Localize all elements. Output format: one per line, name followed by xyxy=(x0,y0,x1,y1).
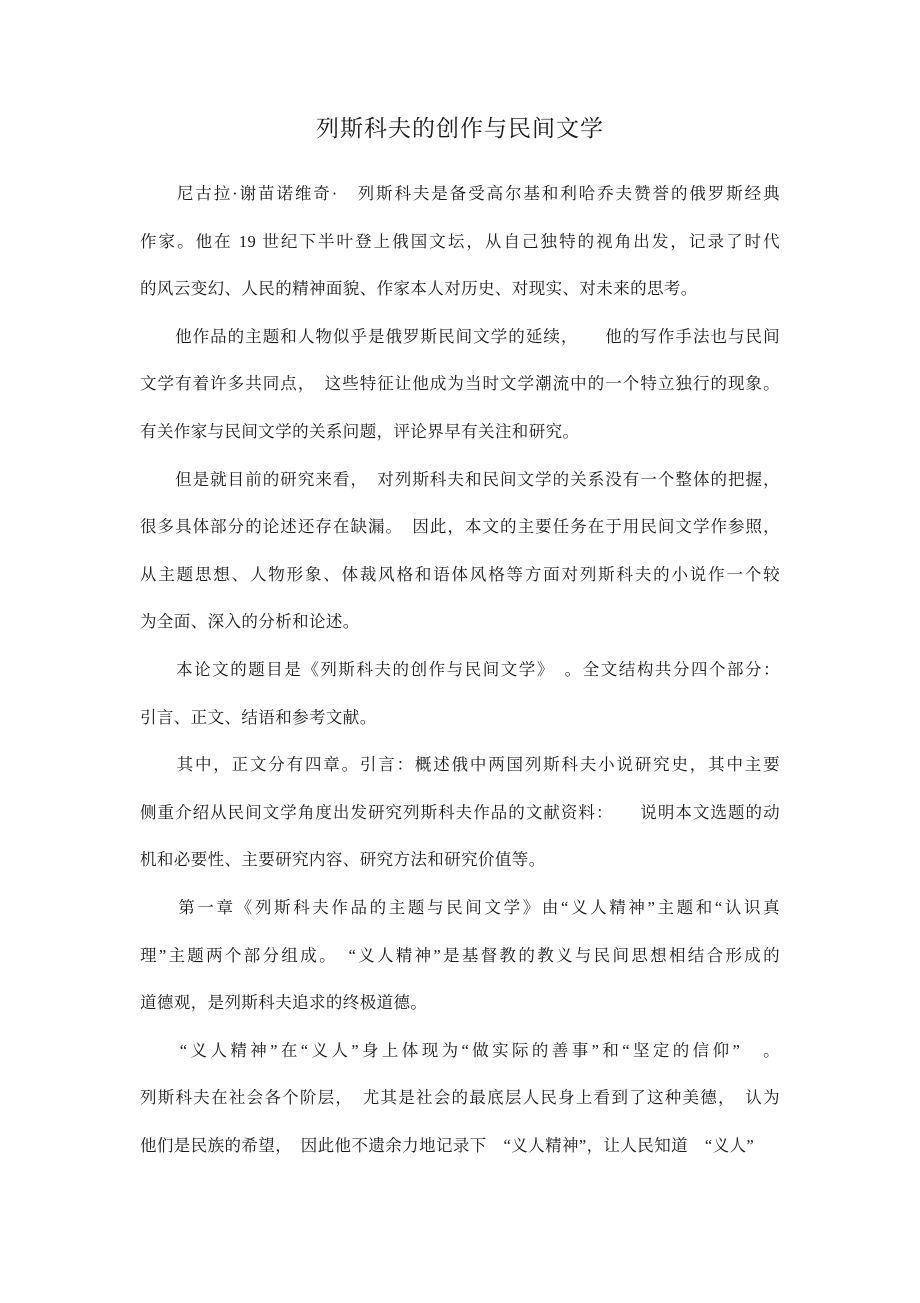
text-line: 有关作家与民间文学的关系问题，评论界早有关注和研究。 xyxy=(140,408,780,456)
text-line: 他们是民族的希望， 因此他不遗余力地记录下 “义人精神”，让人民知道 “义人” xyxy=(140,1122,780,1170)
text-line: “义人精神”在“义人”身上体现为“做实际的善事”和“坚定的信仰” 。 xyxy=(140,1027,780,1075)
text-line: 侧重介绍从民间文学角度出发研究列斯科夫作品的文献资料： 说明本文选题的动 xyxy=(140,789,780,837)
text-line: 从主题思想、人物形象、体裁风格和语体风格等方面对列斯科夫的小说作一个较 xyxy=(140,551,780,599)
text-line: 的风云变幻、人民的精神面貌、作家本人对历史、对现实、对未来的思考。 xyxy=(140,265,780,313)
text-line: 理”主题两个部分组成。 “义人精神”是基督教的教义与民间思想相结合形成的 xyxy=(140,932,780,980)
text-line: 其中，正文分有四章。引言：概述俄中两国列斯科夫小说研究史，其中主要 xyxy=(140,741,780,789)
text-line: 本论文的题目是《列斯科夫的创作与民间文学》 。全文结构共分四个部分： xyxy=(140,646,780,694)
text-line: 文学有着许多共同点， 这些特征让他成为当时文学潮流中的一个特立独行的现象。 xyxy=(140,360,780,408)
text-line: 但是就目前的研究来看， 对列斯科夫和民间文学的关系没有一个整体的把握， xyxy=(140,456,780,504)
text-line: 引言、正文、结语和参考文献。 xyxy=(140,694,780,742)
document-page: 列斯科夫的创作与民间文学 尼古拉·谢苗诺维奇· 列斯科夫是备受高尔基和利哈乔夫赞… xyxy=(0,0,920,1303)
text-line: 第一章《列斯科夫作品的主题与民间文学》由“义人精神”主题和“认识真 xyxy=(140,884,780,932)
text-line: 尼古拉·谢苗诺维奇· 列斯科夫是备受高尔基和利哈乔夫赞誉的俄罗斯经典 xyxy=(140,170,780,218)
document-body: 尼古拉·谢苗诺维奇· 列斯科夫是备受高尔基和利哈乔夫赞誉的俄罗斯经典作家。他在 … xyxy=(140,170,780,1169)
text-line: 很多具体部分的论述还存在缺漏。 因此，本文的主要任务在于用民间文学作参照， xyxy=(140,503,780,551)
text-line: 作家。他在 19 世纪下半叶登上俄国文坛，从自己独特的视角出发，记录了时代 xyxy=(140,218,780,266)
text-line: 机和必要性、主要研究内容、研究方法和研究价值等。 xyxy=(140,836,780,884)
document-title: 列斯科夫的创作与民间文学 xyxy=(0,112,920,146)
text-line: 为全面、深入的分析和论述。 xyxy=(140,598,780,646)
text-line: ​列斯科夫在社会各个阶层， 尤其是社会的最底层人民身上看到了这种美德， 认为 xyxy=(140,1074,780,1122)
text-line: 他作品的主题和人物似乎是俄罗斯民间文学的延续， 他的写作手法也与民间 xyxy=(140,313,780,361)
text-line: 道德观，是列斯科夫追求的终极道德。 xyxy=(140,979,780,1027)
